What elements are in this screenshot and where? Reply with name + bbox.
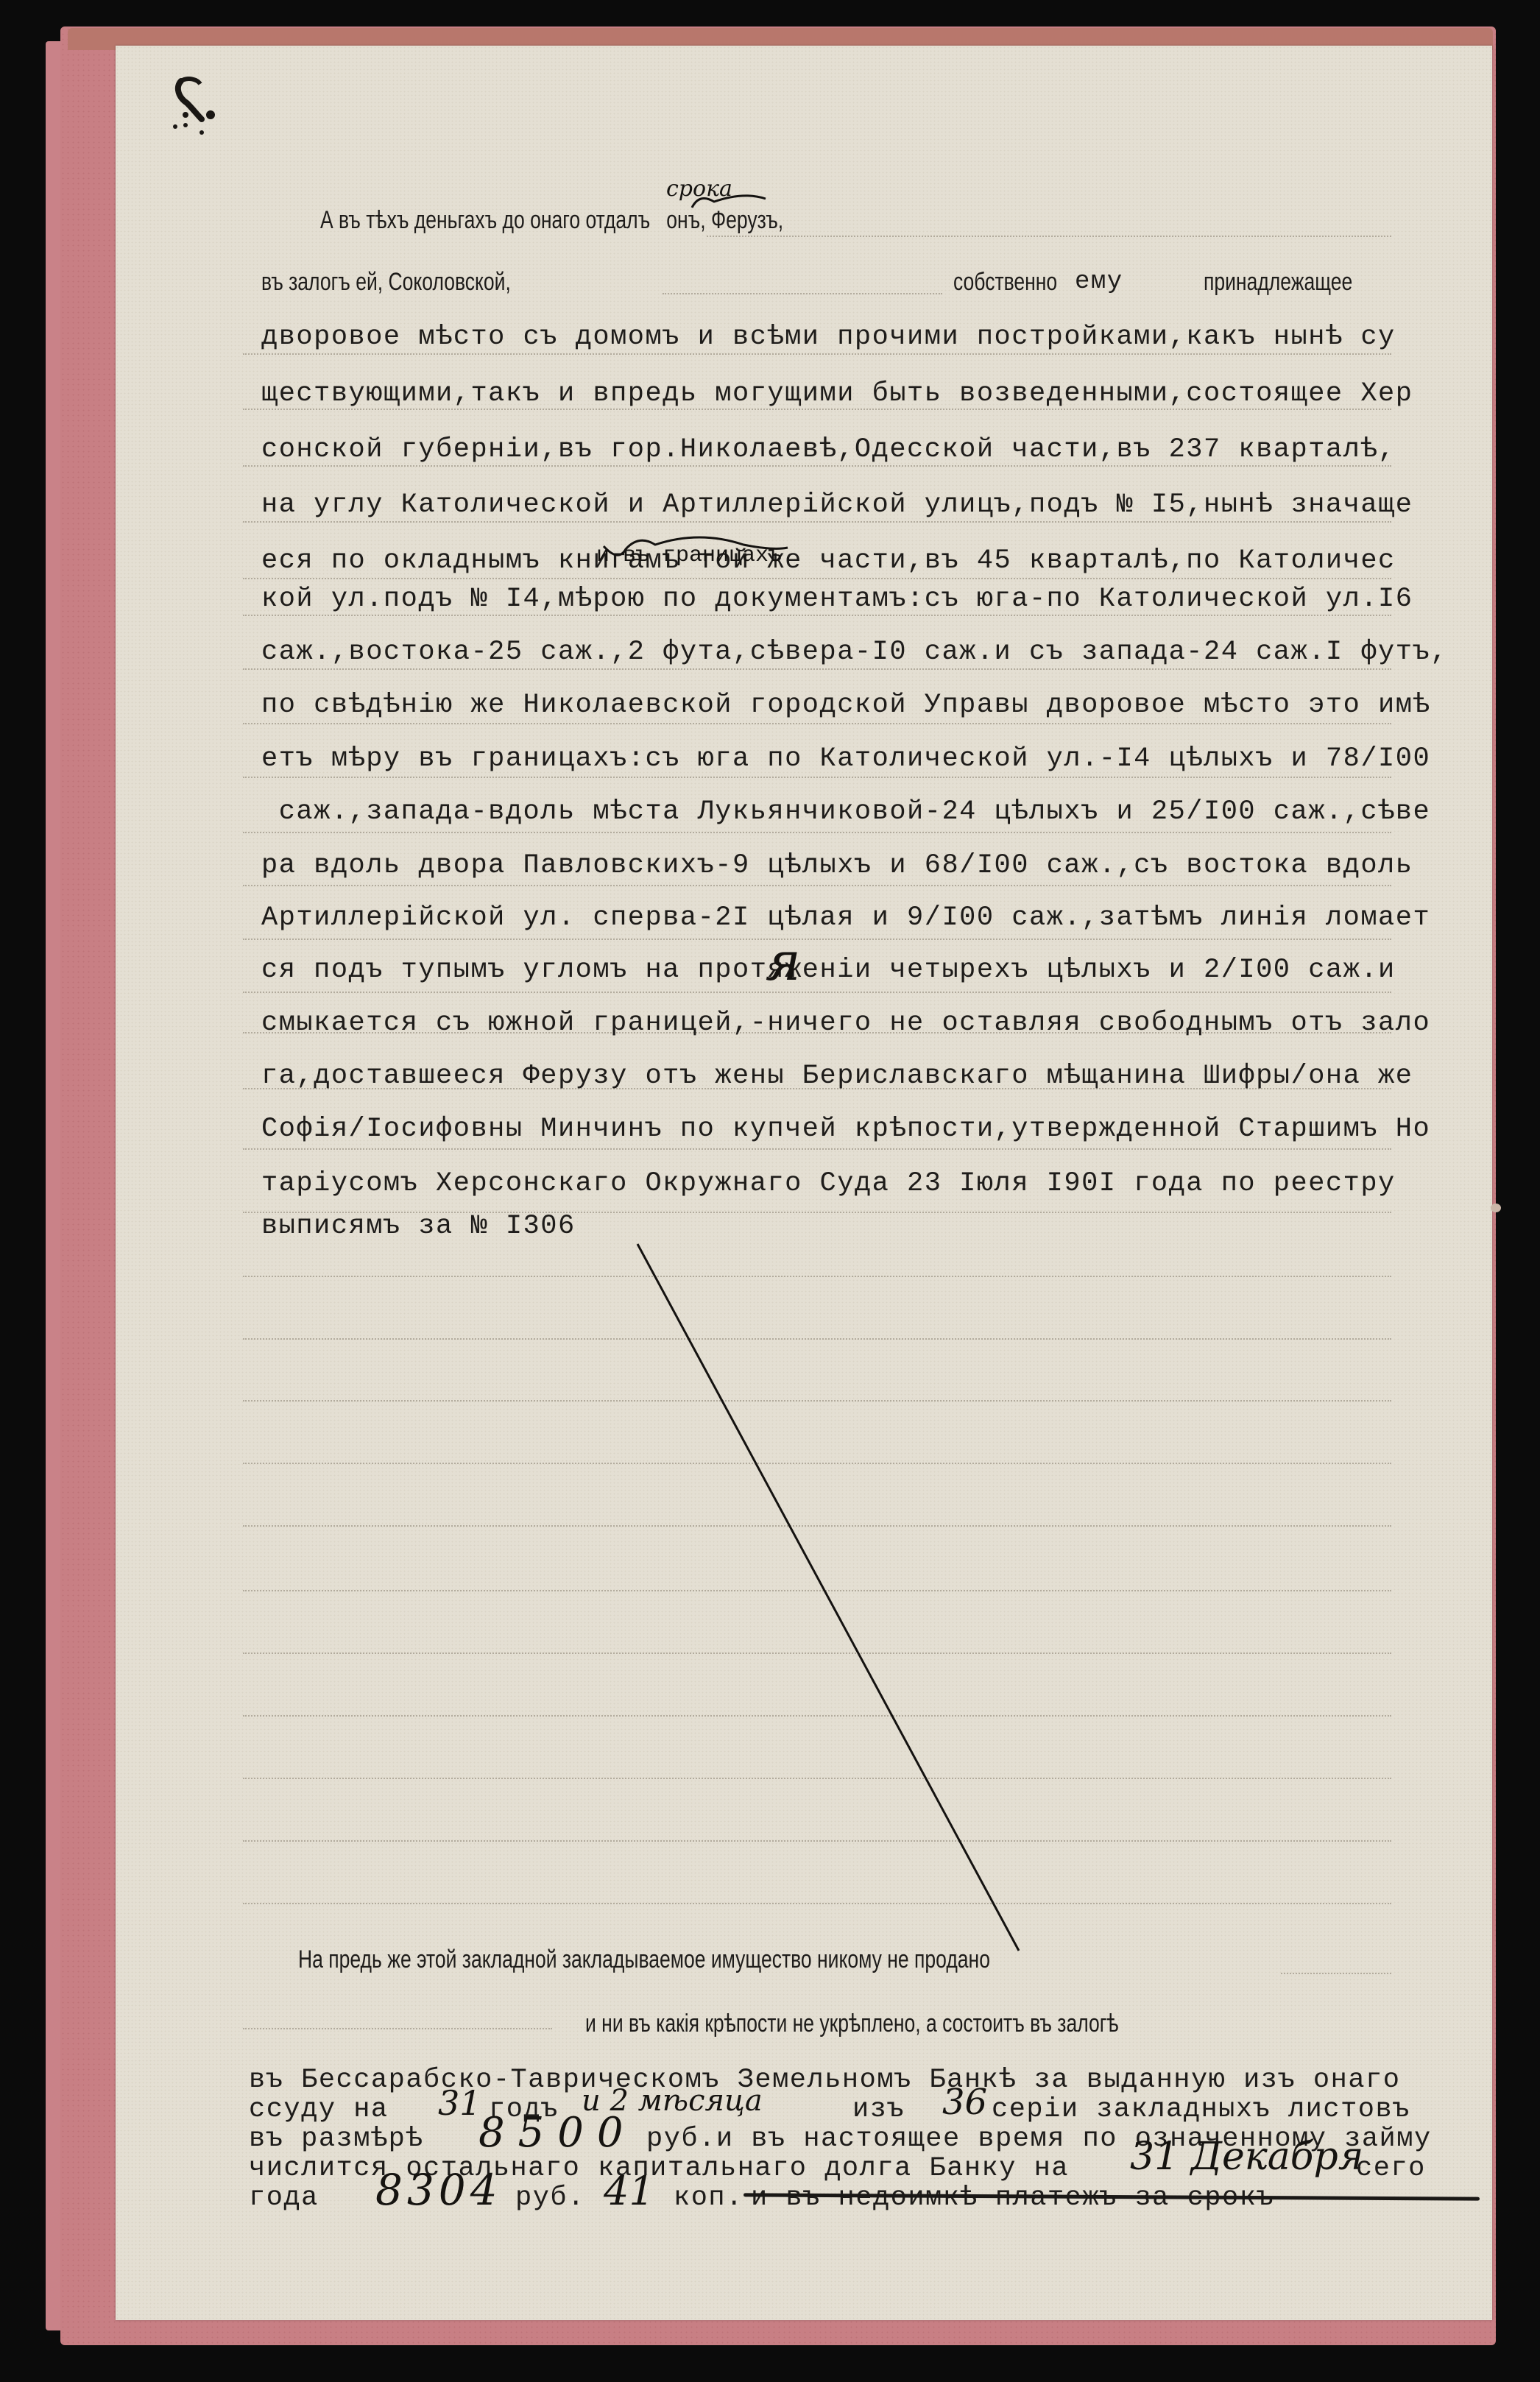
dotted-line — [243, 777, 1391, 778]
dotted-line — [243, 668, 1391, 670]
body-line: по свѣдѣнію же Николаевской городской Уп… — [261, 692, 1430, 719]
bank-line-2-iz: изъ — [852, 2096, 905, 2124]
dotted-line — [243, 1903, 1391, 1904]
dotted-line — [243, 465, 1391, 467]
dotted-line — [243, 353, 1391, 355]
handwritten-insertion-sroka: срока — [666, 178, 732, 200]
form-line-not-sold: На предь же этой закладной закладываемое… — [298, 1947, 990, 1972]
ink-blot-mark-icon — [168, 74, 227, 155]
body-line: выписямъ за № I306 — [261, 1213, 576, 1240]
pledge-line-lead: въ залогъ ей, Соколовской, — [261, 269, 511, 294]
series-number: 36 — [942, 2085, 987, 2120]
dotted-line — [243, 615, 1391, 616]
dotted-line — [1281, 1973, 1391, 1974]
body-line: ся подъ тупымъ угломъ на протяженіи четы… — [261, 957, 1396, 984]
body-line: Артиллерійской ул. сперва-2I цѣлая и 9/I… — [261, 905, 1430, 932]
body-line: га,доставшееся Ферузу отъ жены Бериславс… — [261, 1063, 1413, 1090]
dotted-line — [243, 1148, 1391, 1150]
balance-kopecks: 41 — [604, 2171, 654, 2211]
edge-tear-mark — [1491, 1204, 1501, 1212]
loan-amount: 8500 — [478, 2113, 637, 2154]
body-line: ществующими,такъ и впредь могущими быть … — [261, 381, 1413, 408]
dotted-line — [243, 1653, 1391, 1654]
dotted-line — [663, 293, 942, 294]
body-line: саж.,запада-вдоль мѣста Лукьянчиковой-24… — [261, 799, 1430, 826]
body-line: етъ мѣру въ границахъ:съ юга по Католиче… — [261, 746, 1430, 773]
dotted-line — [243, 832, 1391, 833]
bank-line-5-rub: руб. — [515, 2185, 585, 2212]
dotted-line — [707, 236, 1391, 237]
balance-rubles: 8304 — [375, 2169, 502, 2211]
balance-date: 31 Декабря — [1130, 2138, 1363, 2176]
dotted-line — [243, 723, 1391, 724]
dotted-line — [243, 1778, 1391, 1779]
body-line: ра вдоль двора Павловскихъ-9 цѣлыхъ и 68… — [261, 852, 1413, 880]
handwritten-insertion-granitsakh: и въ границахъ — [596, 545, 782, 567]
body-line: еся по окладнымъ книгамъ той же части,въ… — [261, 548, 1396, 575]
bank-line-5-goda: года — [249, 2185, 319, 2212]
body-line: таріусомъ Херсонскаго Окружнаго Суда 23 … — [261, 1170, 1396, 1198]
dotted-line — [243, 1840, 1391, 1842]
pledge-line-emu: ему — [1075, 269, 1123, 294]
pledge-line-prinadlezhashchee: принадлежащее — [1204, 269, 1352, 294]
dotted-line — [243, 1590, 1391, 1591]
body-line: на углу Католической и Артиллерійской ул… — [261, 492, 1413, 519]
body-line: кой ул.подъ № I4,мѣрою по документамъ:съ… — [261, 586, 1413, 613]
form-line-pledged: и ни въ какія крѣпости не укрѣплено, а с… — [585, 2011, 1119, 2036]
dotted-line — [243, 521, 1391, 523]
body-line: саж.,востока-25 саж.,2 фута,сѣвера-I0 са… — [261, 639, 1448, 666]
loan-term-years: 31 — [438, 2086, 481, 2120]
dotted-line — [243, 1276, 1391, 1277]
body-line: Софія/Іосифовны Минчинъ по купчей крѣпос… — [261, 1116, 1430, 1143]
body-line: дворовое мѣсто съ домомъ и всѣми прочими… — [261, 324, 1396, 351]
dotted-line — [243, 578, 1391, 579]
bank-line-5-kop: коп. — [674, 2185, 743, 2212]
handwritten-correction: я — [766, 935, 801, 988]
opening-line: А въ тѣхъ деньгахъ до онаго отдалъ онъ, … — [320, 208, 783, 233]
bank-line-4-tail: сего — [1356, 2155, 1426, 2183]
bank-line-2-lead: ссуду на — [249, 2096, 389, 2124]
body-line: смыкается съ южной границей,-ничего не о… — [261, 1010, 1430, 1037]
dotted-line — [243, 1463, 1391, 1464]
bank-line-2-tail: серіи закладныхъ листовъ — [992, 2096, 1410, 2124]
dotted-line — [243, 1338, 1391, 1340]
dotted-line — [243, 939, 1391, 940]
dotted-line — [243, 1525, 1391, 1527]
bank-line-1: въ Бессарабско-Таврическомъ Земельномъ Б… — [249, 2067, 1400, 2094]
dotted-line — [243, 885, 1391, 886]
pledge-line-sobstvenno: собственно — [953, 269, 1057, 294]
bank-line-3-lead: въ размѣрѣ — [249, 2126, 423, 2153]
dotted-line — [243, 992, 1391, 993]
bank-line-4-lead: числится остальнаго капитальнаго долга Б… — [249, 2155, 1069, 2183]
dotted-line — [243, 2028, 552, 2029]
dotted-line — [243, 1400, 1391, 1402]
dotted-line — [243, 1715, 1391, 1717]
body-line: сонской губерніи,въ гор.Николаевѣ,Одесск… — [261, 437, 1396, 464]
